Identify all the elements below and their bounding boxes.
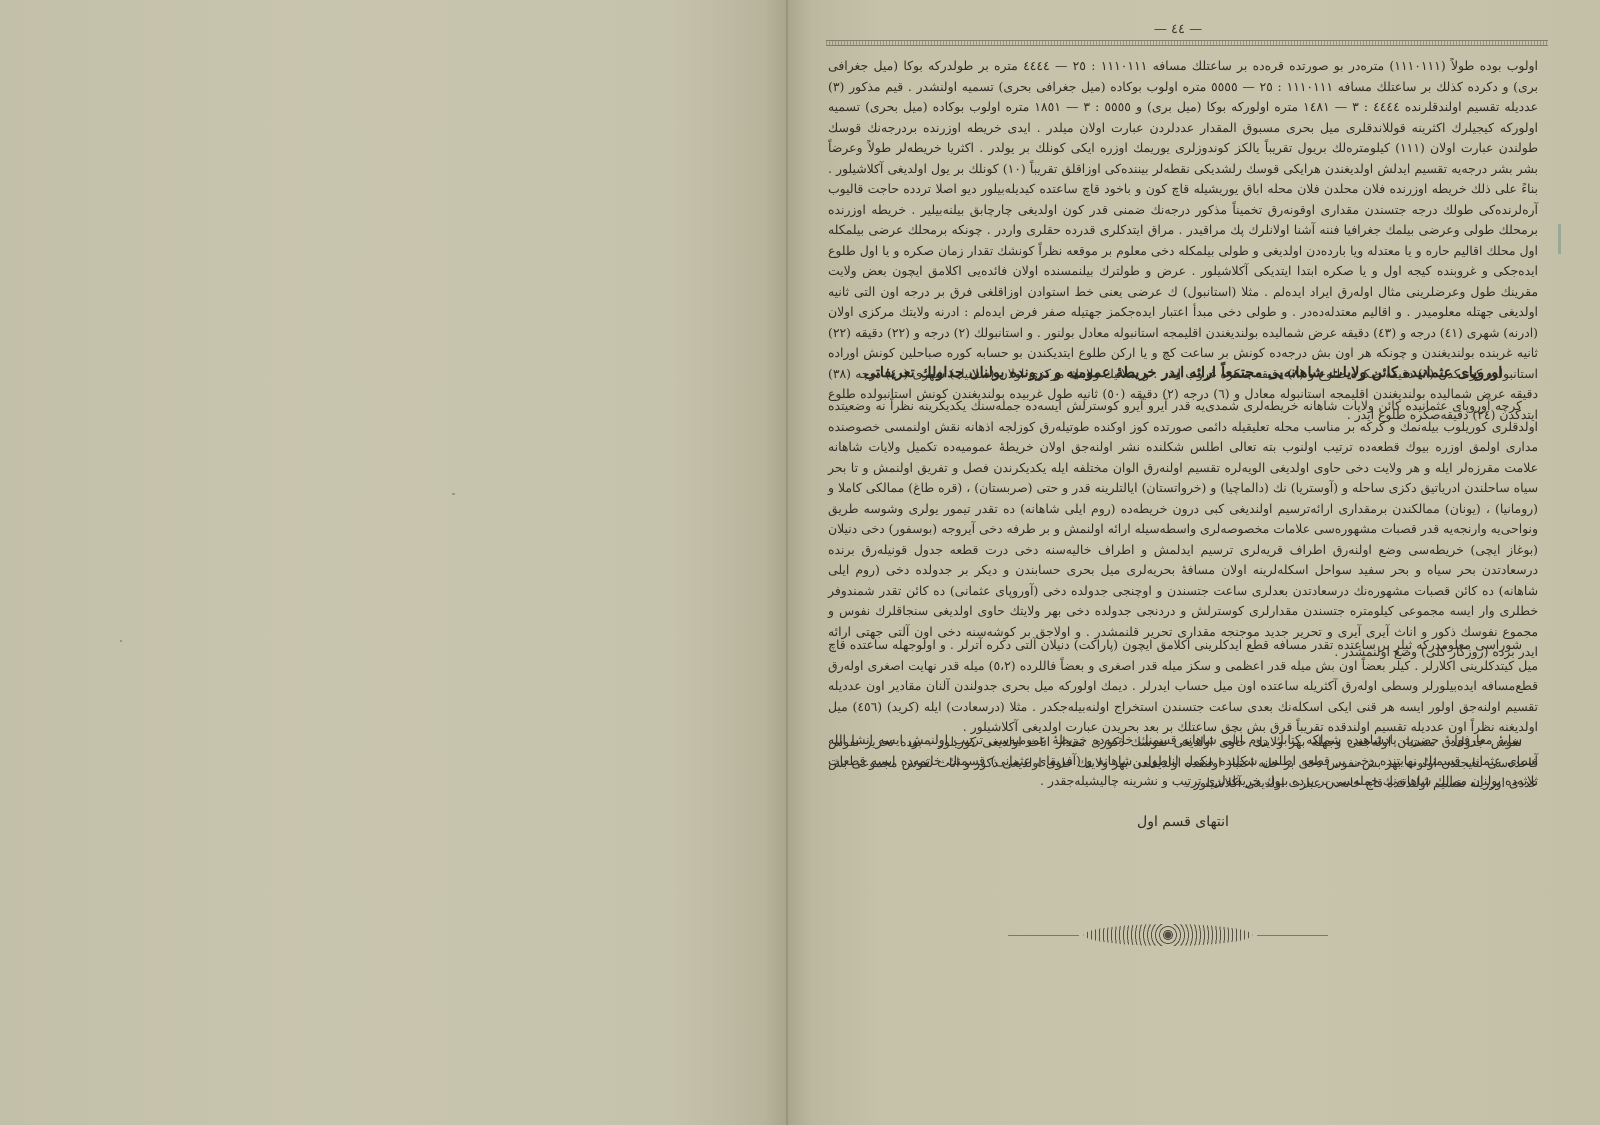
ornament-line	[1257, 935, 1328, 936]
body-paragraph: سایهٔ معارفوایهٔ حضرت پادشاهیده شملکه کت…	[828, 730, 1538, 792]
ornament-line	[1008, 935, 1079, 936]
floral-ornament-icon	[1083, 924, 1253, 946]
decorative-ornament	[1008, 920, 1328, 950]
end-note: انتهای قسم اول	[828, 814, 1538, 830]
body-paragraph: کرچه آوروپای عثمانیده کائن ولایات شاهانه…	[828, 396, 1538, 663]
book-spread: — ٤٤ — اولوب بوده طولاً (١١١٠١١١) متره‌د…	[0, 0, 1600, 1125]
paper-speck	[120, 640, 122, 642]
section-title: اوروپای عثمانیده کائن ولایات شاهانه‌یی م…	[828, 364, 1538, 381]
right-page: — ٤٤ — اولوب بوده طولاً (١١١٠١١١) متره‌د…	[788, 0, 1600, 1125]
paper-speck	[452, 493, 455, 495]
header-rule	[826, 40, 1548, 46]
page-number: — ٤٤ —	[1078, 22, 1278, 37]
margin-mark	[1558, 224, 1561, 254]
left-page	[0, 0, 788, 1125]
body-paragraph: شوراسی معلومدرکه ثیلر بر ساعتده تقدر مسا…	[828, 635, 1538, 738]
